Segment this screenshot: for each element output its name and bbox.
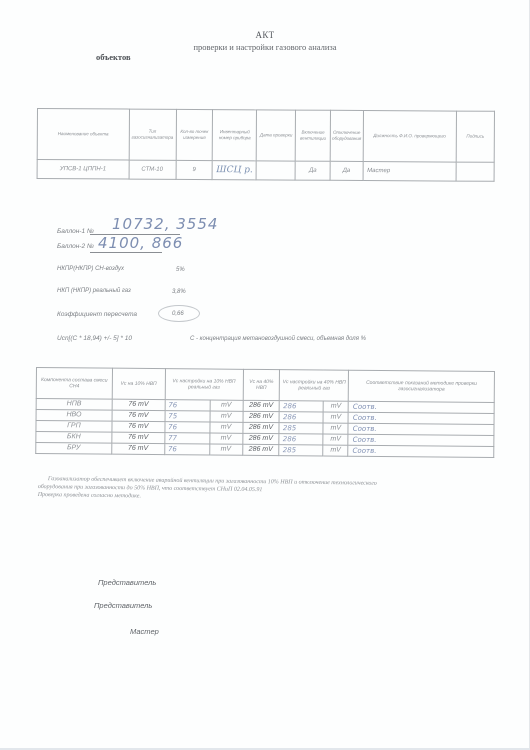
calibration-table: Компонента состава смеси СН4 Vc на 10% Н… xyxy=(35,367,495,458)
lel-real-value: 3,8% xyxy=(172,289,186,295)
header-cell: Тип газосигнализатора xyxy=(129,109,176,160)
signature-rep-2: Представитель xyxy=(94,601,152,610)
set40-cell: 285 xyxy=(279,445,323,456)
header-cell: Vc на 10% НВП xyxy=(112,368,165,399)
vc40-cell: 286 mV xyxy=(242,444,279,455)
set10-cell: 75 xyxy=(165,411,210,422)
set40-cell: 286 xyxy=(280,401,324,412)
header-cell: Vc настройки на 10% НВП реальный газ xyxy=(165,369,243,401)
cylinder-1-value: 10732, 3554 xyxy=(112,215,218,233)
table-row: УПСВ-1 ЦППН-1 СТМ-10 9 ШСЦ р. Да Да Маст… xyxy=(37,160,494,182)
unit-cell: mV xyxy=(210,422,243,433)
inspector-cell: Мастер xyxy=(363,161,457,181)
formula-text: Ucn[(C * 18,94) +/- 5] * 10 xyxy=(57,335,132,342)
vc40-cell: 286 mV xyxy=(243,411,280,422)
vc10-cell: 76 mV xyxy=(112,399,165,410)
unit-cell: mV xyxy=(323,423,348,434)
unit-cell: mV xyxy=(323,445,348,456)
header-cell: Дата проверки xyxy=(257,110,296,161)
header-cell: Кол-во точек измерения xyxy=(176,109,213,160)
header-cell: Инвентарный номер прибора xyxy=(213,110,257,161)
ventilation-cell: Да xyxy=(295,161,330,180)
cylinder-1-label: Баллон-1 № xyxy=(57,228,94,235)
component-cell: ГРП xyxy=(36,421,112,433)
object-cell: УПСВ-1 ЦППН-1 xyxy=(37,160,129,180)
vc40-cell: 286 mV xyxy=(243,400,280,411)
set10-cell: 76 xyxy=(165,400,210,411)
vc40-cell: 286 mV xyxy=(242,433,279,444)
set40-cell: 285 xyxy=(279,423,323,434)
cylinder-2-value: 4100, 866 xyxy=(98,234,183,252)
vc10-cell: 76 mV xyxy=(112,443,165,454)
result-cell: Соотв. xyxy=(348,445,494,457)
cylinder-2-label: Баллон-2 № xyxy=(57,243,94,250)
shutdown-cell: Да xyxy=(330,161,362,180)
unit-cell: mV xyxy=(323,412,348,423)
component-cell: БРУ xyxy=(36,443,112,455)
table-header-row: Наименование объекта Тип газосигнализато… xyxy=(37,109,494,163)
vc10-cell: 76 mV xyxy=(112,421,165,432)
points-cell: 9 xyxy=(176,160,213,179)
lel-real-label: НКП (НКПР) реальный газ xyxy=(57,288,131,294)
header-cell: Подпись xyxy=(456,111,494,162)
equipment-table: Наименование объекта Тип газосигнализато… xyxy=(37,108,495,182)
unit-cell: mV xyxy=(209,444,242,455)
inventory-cell: ШСЦ р. xyxy=(213,161,257,180)
conclusion-note: Газоанализатор обеспечивает включение ав… xyxy=(38,475,508,506)
component-cell: НПВ xyxy=(36,399,112,411)
header-cell: Vc на 40% НВП xyxy=(243,369,280,400)
header-cell: Vc настройки на 40% НВП реальный газ xyxy=(280,370,349,402)
vc10-cell: 76 mV xyxy=(112,410,165,421)
formula-note: С - концентрация метановоздушной смеси, … xyxy=(190,336,366,342)
header-cell: Наименование объекта xyxy=(37,109,129,161)
component-cell: БКН xyxy=(36,432,112,444)
type-cell: СТМ-10 xyxy=(129,160,176,179)
component-cell: НВО xyxy=(36,410,112,422)
unit-cell: mV xyxy=(323,434,348,445)
unit-cell: mV xyxy=(210,411,243,422)
signature-rep-1: Представитель xyxy=(98,578,156,587)
set40-cell: 286 xyxy=(279,412,323,423)
document-subtitle: проверки и настройки газового анализа xyxy=(0,42,530,52)
document-title: АКТ xyxy=(0,30,530,40)
unit-cell: mV xyxy=(209,433,242,444)
coef-value: 0,66 xyxy=(172,311,184,317)
unit-cell: mV xyxy=(323,401,348,412)
signature-cell xyxy=(456,162,494,181)
set40-cell: 286 xyxy=(279,434,323,445)
coef-label: Коэффициент пересчета xyxy=(57,311,137,318)
document-page: АКТ проверки и настройки газового анализ… xyxy=(0,0,530,750)
header-cell: Отключение оборудования xyxy=(330,110,363,161)
header-cell: Компонента состава смеси СН4 xyxy=(36,368,112,400)
set10-cell: 76 xyxy=(165,422,210,433)
signature-master: Мастер xyxy=(130,627,159,636)
lel-air-label: НКПР(НКПР) СН-воздух xyxy=(57,266,124,272)
vc10-cell: 76 mV xyxy=(112,432,165,443)
set10-cell: 77 xyxy=(165,433,210,444)
table-header-row: Компонента состава смеси СН4 Vc на 10% Н… xyxy=(36,368,494,403)
header-cell: Включение вентиляции xyxy=(295,110,330,161)
lel-air-value: 5% xyxy=(176,267,185,273)
set10-cell: 76 xyxy=(164,444,209,455)
objects-label: объектов xyxy=(96,52,131,62)
date-cell xyxy=(256,161,295,180)
vc40-cell: 286 mV xyxy=(242,422,279,433)
header-cell: Соответствие показаний методике проверки… xyxy=(348,370,494,402)
unit-cell: mV xyxy=(210,400,243,411)
header-cell: Должность Ф.И.О. проверяющего xyxy=(363,110,457,162)
